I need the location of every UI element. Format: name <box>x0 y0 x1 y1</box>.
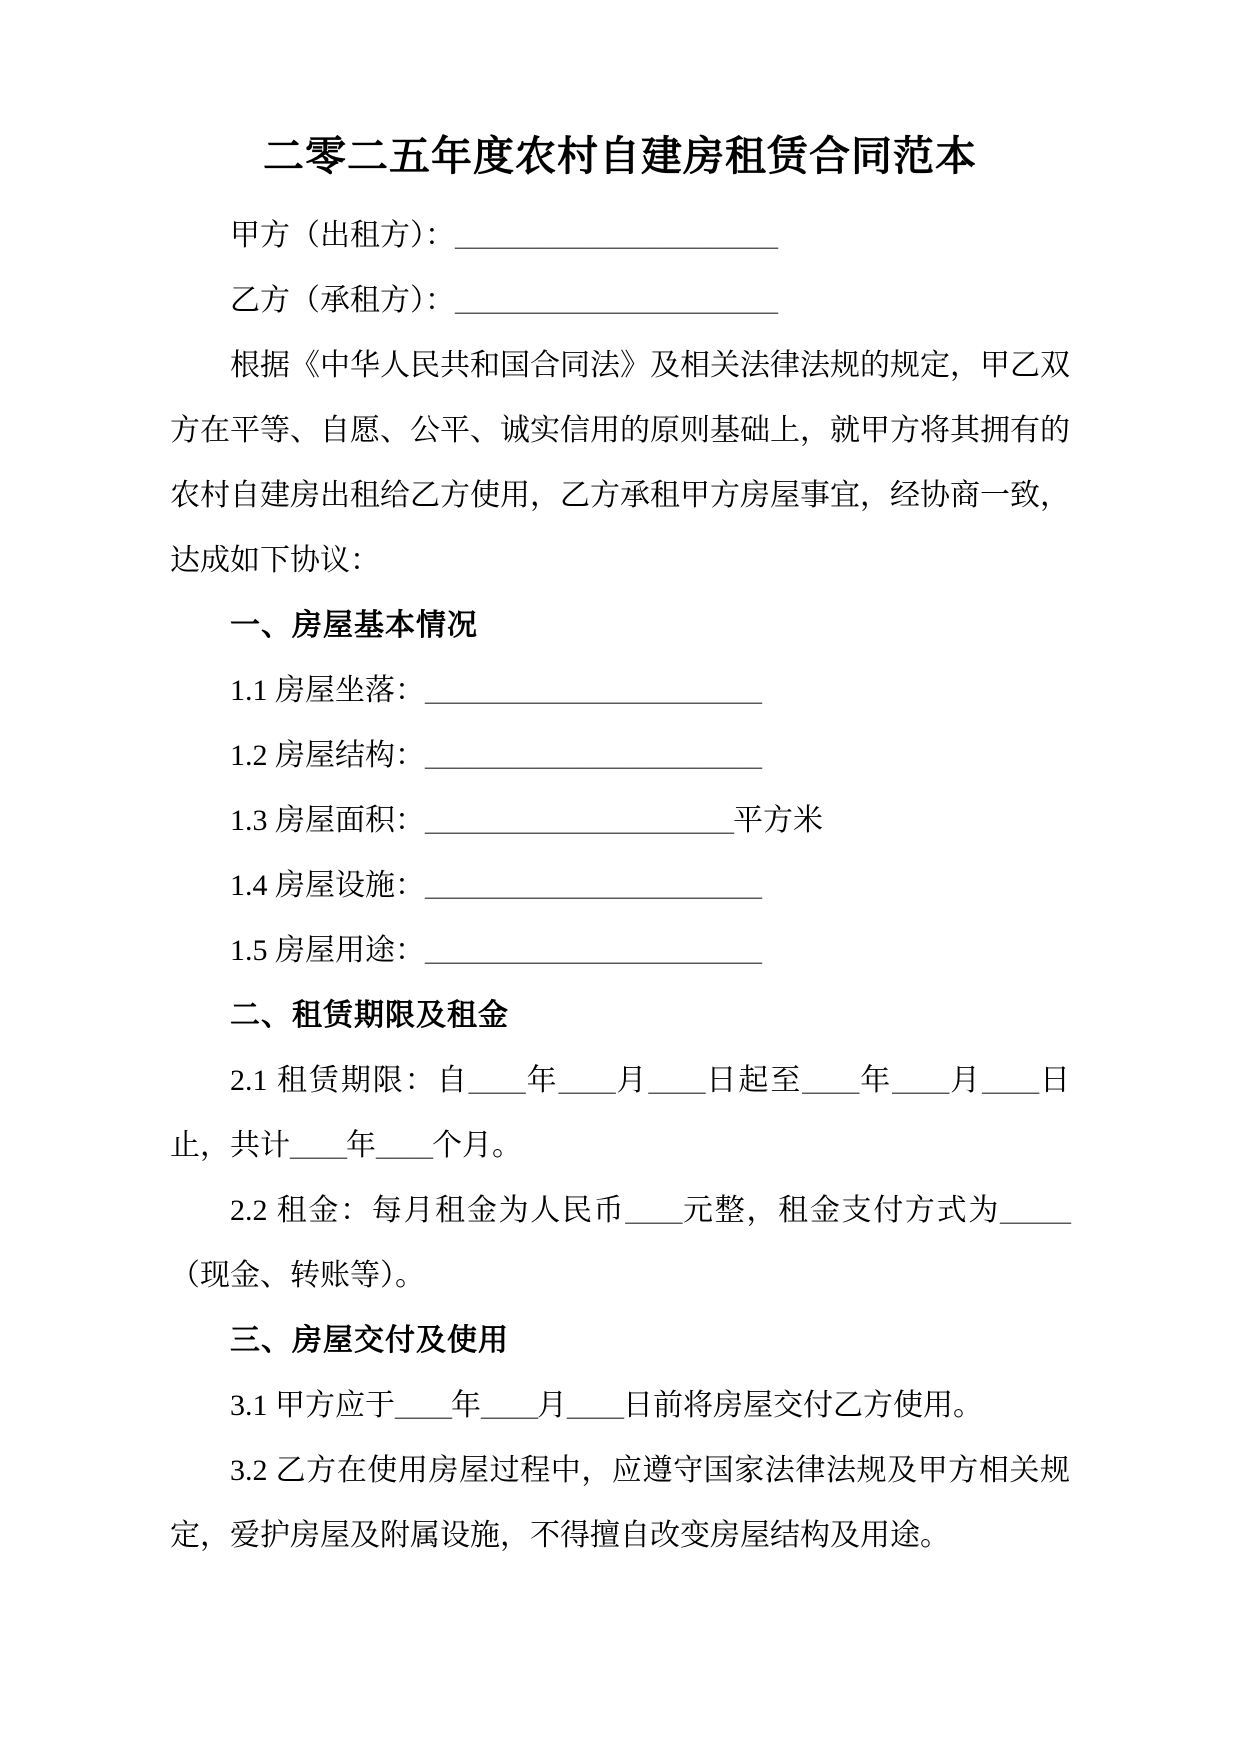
fill-in-blank: ____ <box>395 1389 451 1422</box>
fill-in-blank: ____ <box>982 1064 1038 1097</box>
text-segment: 3.1 甲方应于 <box>230 1389 395 1422</box>
text-segment: （现金、转账等）。 <box>170 1259 425 1292</box>
fill-in-blank: ________________________ <box>425 739 761 772</box>
fill-in-blank: ____ <box>892 1064 948 1097</box>
text-segment: 元整，租金支付方式为 <box>681 1194 1000 1227</box>
text-segment: 乙方（承租方）： <box>230 284 455 317</box>
text-segment: 2.1 租赁期限：自 <box>230 1064 469 1097</box>
preamble: 根据《中华人民共和国合同法》及相关法律法规的规定，甲乙双方在平等、自愿、公平、诚… <box>170 333 1070 593</box>
contract-document-page: 二零二五年度农村自建房租赁合同范本 甲方（出租方）：______________… <box>0 0 1240 1753</box>
clause-3-2: 3.2 乙方在使用房屋过程中，应遵守国家法律法规及甲方相关规定，爱护房屋及附属设… <box>170 1438 1070 1568</box>
document-title: 二零二五年度农村自建房租赁合同范本 <box>170 128 1070 185</box>
fill-in-blank: ____ <box>625 1194 681 1227</box>
fill-in-blank: ____ <box>290 1129 346 1162</box>
clause-1-4: 1.4 房屋设施：________________________ <box>170 853 1070 918</box>
text-segment: 1.1 房屋坐落： <box>230 674 425 707</box>
text-segment: 年 <box>525 1064 559 1097</box>
fill-in-blank: ________________________ <box>425 934 761 967</box>
section-1-heading: 一、房屋基本情况 <box>170 593 1070 658</box>
clause-1-5: 1.5 房屋用途：________________________ <box>170 918 1070 983</box>
fill-in-blank: ____ <box>559 1064 615 1097</box>
fill-in-blank: _____ <box>1000 1194 1070 1227</box>
text-segment: 年 <box>451 1389 481 1422</box>
fill-in-blank: ____ <box>469 1064 525 1097</box>
section-3-heading: 三、房屋交付及使用 <box>170 1308 1070 1373</box>
text-segment: 1.5 房屋用途： <box>230 934 425 967</box>
clause-1-2: 1.2 房屋结构：________________________ <box>170 723 1070 788</box>
text-segment: 甲方（出租方）： <box>230 219 455 252</box>
text-segment: 1.3 房屋面积： <box>230 804 425 837</box>
party-a-line: 甲方（出租方）：_______________________ <box>170 203 1070 268</box>
fill-in-blank: ____ <box>648 1064 704 1097</box>
text-segment: 根据《中华人民共和国合同法》及相关法律法规的规定，甲乙双方在平等、自愿、公平、诚… <box>170 349 1070 577</box>
text-segment: 日起至 <box>704 1064 802 1097</box>
fill-in-blank: ____ <box>802 1064 858 1097</box>
fill-in-blank: ____ <box>481 1389 537 1422</box>
clause-3-1: 3.1 甲方应于____年____月____日前将房屋交付乙方使用。 <box>170 1373 1070 1438</box>
clause-2-2: 2.2 租金：每月租金为人民币____元整，租金支付方式为_____（现金、转账… <box>170 1178 1070 1308</box>
text-segment: 月 <box>615 1064 649 1097</box>
text-segment: 1.2 房屋结构： <box>230 739 425 772</box>
text-segment: 年 <box>346 1129 376 1162</box>
fill-in-blank: ________________________ <box>425 869 761 902</box>
text-segment: 一、房屋基本情况 <box>230 609 478 642</box>
fill-in-blank: ____ <box>567 1389 623 1422</box>
section-2-heading: 二、租赁期限及租金 <box>170 983 1070 1048</box>
fill-in-blank: ______________________ <box>425 804 733 837</box>
clause-1-1: 1.1 房屋坐落：________________________ <box>170 658 1070 723</box>
text-segment: 平方米 <box>733 804 823 837</box>
text-segment: 个月。 <box>432 1129 522 1162</box>
fill-in-blank: ________________________ <box>425 674 761 707</box>
text-segment: 月 <box>537 1389 567 1422</box>
fill-in-blank: _______________________ <box>455 219 777 252</box>
document-body: 甲方（出租方）：_______________________乙方（承租方）：_… <box>170 203 1070 1568</box>
text-segment: 二、租赁期限及租金 <box>230 999 509 1032</box>
fill-in-blank: _______________________ <box>455 284 777 317</box>
text-segment: 年 <box>858 1064 892 1097</box>
clause-1-3: 1.3 房屋面积：______________________平方米 <box>170 788 1070 853</box>
text-segment: 月 <box>948 1064 982 1097</box>
text-segment: 三、房屋交付及使用 <box>230 1324 509 1357</box>
text-segment: 2.2 租金：每月租金为人民币 <box>230 1194 625 1227</box>
fill-in-blank: ____ <box>376 1129 432 1162</box>
text-segment: 1.4 房屋设施： <box>230 869 425 902</box>
text-segment: 3.2 乙方在使用房屋过程中，应遵守国家法律法规及甲方相关规定，爱护房屋及附属设… <box>170 1454 1070 1552</box>
clause-2-1: 2.1 租赁期限：自____年____月____日起至____年____月___… <box>170 1048 1070 1178</box>
text-segment: 日前将房屋交付乙方使用。 <box>623 1389 983 1422</box>
party-b-line: 乙方（承租方）：_______________________ <box>170 268 1070 333</box>
